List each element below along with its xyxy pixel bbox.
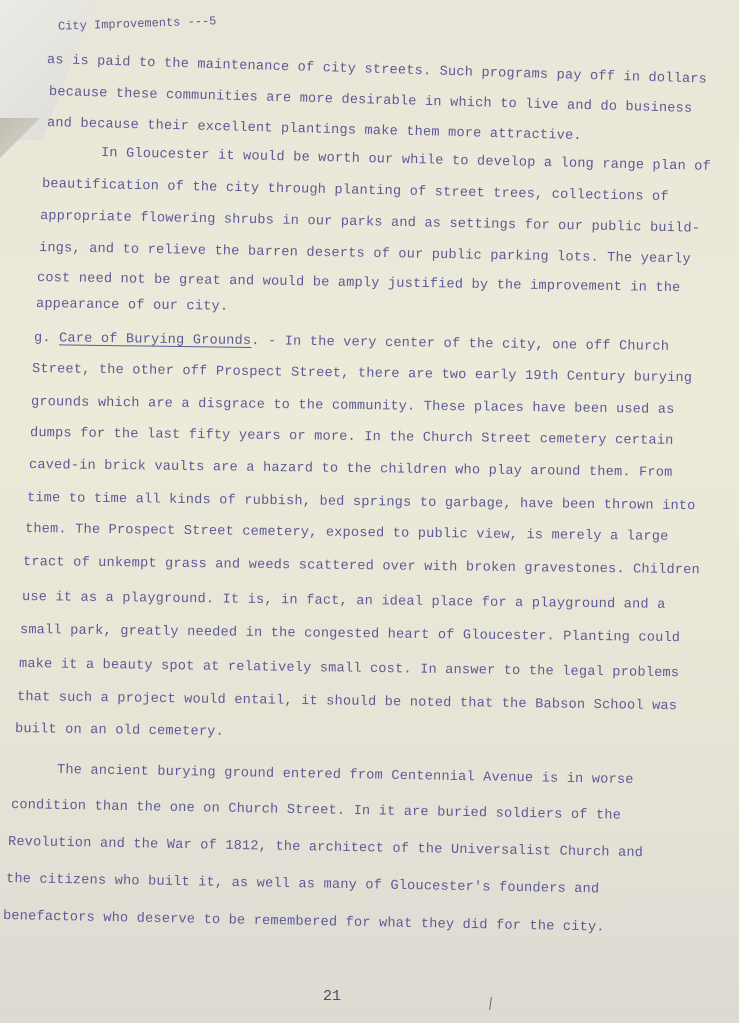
stray-pen-mark — [489, 997, 492, 1010]
paragraph-4-line: the citizens who built it, as well as ma… — [6, 872, 600, 897]
paragraph-4-line: The ancient burying ground entered from … — [57, 763, 634, 788]
paragraph-1-line: because these communities are more desir… — [49, 85, 693, 117]
section-g-line: make it a beauty spot at relatively smal… — [19, 657, 679, 681]
paragraph-1-line: as is paid to the maintenance of city st… — [47, 53, 707, 88]
section-g-line: dumps for the last fifty years or more. … — [30, 426, 674, 449]
section-g-line: built on an old cemetery. — [15, 722, 224, 740]
paragraph-2-line: In Gloucester it would be worth our whil… — [101, 146, 711, 175]
paragraph-2-line: appropriate flowering shrubs in our park… — [40, 209, 700, 237]
paragraph-4-line: condition than the one on Church Street.… — [11, 798, 621, 824]
paragraph-1-line: and because their excellent plantings ma… — [47, 116, 582, 144]
paragraph-2-line: cost need not be great and would be ampl… — [37, 271, 681, 296]
paragraph-2-line: ings, and to relieve the barren deserts … — [39, 241, 691, 267]
paragraph-2-line: appearance of our city. — [36, 297, 228, 315]
section-g-line: grounds which are a disgrace to the comm… — [31, 395, 675, 418]
paragraph-4-line: Revolution and the War of 1812, the arch… — [8, 835, 643, 861]
section-title: Care of Burying Grounds — [59, 331, 251, 349]
typed-page: City Improvements ---5 as is paid to the… — [0, 0, 739, 1023]
section-first-line-text: . - In the very center of the city, one … — [251, 334, 669, 355]
paragraph-2-line: beautification of the city through plant… — [42, 177, 669, 205]
page-number: 21 — [323, 988, 341, 1005]
section-g-line: tract of unkempt grass and weeds scatter… — [23, 555, 700, 578]
section-g-line: that such a project would entail, it sho… — [17, 690, 677, 714]
paragraph-4-line: benefactors who deserve to be remembered… — [3, 909, 605, 936]
section-g-line: them. The Prospect Street cemetery, expo… — [25, 522, 669, 545]
section-label: g. — [34, 331, 51, 346]
section-g-line: caved-in brick vaults are a hazard to th… — [29, 458, 673, 481]
section-g-line: Street, the other off Prospect Street, t… — [32, 362, 692, 386]
section-g-line: small park, greatly needed in the conges… — [20, 623, 680, 646]
section-g-heading-line: g. Care of Burying Grounds. - In the ver… — [34, 331, 669, 355]
section-g-line: use it as a playground. It is, in fact, … — [22, 590, 666, 613]
section-g-line: time to time all kinds of rubbish, bed s… — [27, 491, 696, 514]
